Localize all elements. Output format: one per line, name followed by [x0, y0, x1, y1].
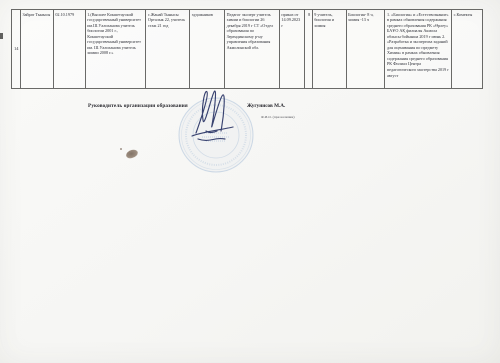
signer-caption: Ф.И.О. (при наличии): [261, 115, 295, 119]
cell-subject: 9 учитель, биология и химия: [313, 10, 347, 88]
cell-courses: 1. «Биология» и «Естествознание» в рамка…: [385, 10, 452, 88]
teacher-record-table: 14 Зайрат Тынысы 02.10.1979 1.(Высшее Ко…: [11, 9, 483, 89]
signer-name: Жугунисов М.А.: [247, 103, 285, 109]
cell-address: с.Комекты: [452, 10, 482, 88]
cell-education: 1.(Высшее Кокшетауский государственный у…: [86, 10, 147, 88]
cell-category: Педагог эксперт учитель химии и биологии…: [225, 10, 280, 88]
cell-birth-date: 02.10.1979: [54, 10, 86, 88]
handwritten-signature: [186, 87, 250, 143]
paper-stain: [125, 149, 138, 159]
cell-order: приказ от 14.09.2023 г: [280, 10, 305, 88]
cell-workplace: с.Жанай Тынысы Орталык 22, учитель стаж …: [146, 10, 190, 88]
cell-teacher-name: Зайрат Тынысы: [21, 10, 54, 88]
cell-grade: 8: [305, 10, 313, 88]
cell-row-number: 14: [12, 10, 21, 88]
cell-position: художников: [190, 10, 225, 88]
cell-teaching-load: Биология- 8 ч, химия -13 ч: [347, 10, 386, 88]
scanned-document-page: 14 Зайрат Тынысы 02.10.1979 1.(Высшее Ко…: [0, 0, 500, 363]
scan-edge-mark: [0, 33, 3, 39]
paper-stain-dot: [120, 148, 122, 150]
